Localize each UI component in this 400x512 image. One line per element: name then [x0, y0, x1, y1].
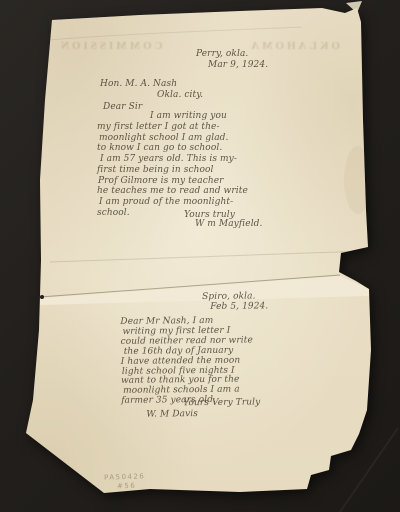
handwritten-line: I am 57 years old. This is my- — [100, 154, 248, 165]
letter-top-place: Perry, okla. — [196, 49, 248, 59]
letter-top-addressee: Hon. M. A. Nash — [100, 79, 177, 89]
letter-bottom: Spiro, okla. Feb 5, 1924. Dear Mr Nash, … — [0, 0, 400, 2]
letter-top-signature: W m Mayfield. — [195, 219, 263, 229]
handwritten-line: moonlight school I am glad. — [99, 133, 248, 144]
handwritten-line: to know I can go to school. — [97, 143, 248, 154]
letter-bottom-place: Spiro, okla. — [202, 291, 256, 302]
bleedthrough-word-commission: COMMISSION — [58, 40, 163, 52]
letter-top-salutation: Dear Sir — [103, 102, 142, 112]
letter-bottom-closing: Yours Very Truly — [183, 397, 260, 408]
letter-top-date: Mar 9, 1924. — [208, 60, 268, 70]
handwritten-line: first time being in school — [97, 165, 248, 176]
paper-shadow-wrap: OKLAHOMA COMMISSION Perry, okla. Mar 9, … — [0, 0, 400, 512]
pencil-archive-code: PA50426 — [104, 472, 146, 481]
letter-bottom-signature: W. M Davis — [146, 409, 198, 420]
photo-background: OKLAHOMA COMMISSION Perry, okla. Mar 9, … — [0, 0, 400, 512]
fold-crease-line — [50, 251, 366, 262]
letter-bottom-body: Dear Mr Nash, I amwriting my first lette… — [120, 316, 253, 407]
handwritten-line: I am proud of the moonlight- — [99, 197, 248, 208]
tear-fleck — [40, 295, 44, 299]
letter-top-addressee-city: Okla. city. — [157, 90, 203, 100]
letter-top-body: my first letter I got at the-moonlight s… — [97, 122, 248, 218]
letter-top-opening-line: I am writing you — [150, 111, 227, 121]
pencil-archive-number: #56 — [117, 482, 137, 491]
letter-bottom-date: Feb 5, 1924. — [210, 301, 268, 312]
handwritten-line: Prof Gilmore is my teacher — [98, 176, 248, 187]
tear-line — [40, 275, 340, 297]
paper-damage-detail — [0, 0, 400, 512]
bleedthrough-word-oklahoma: OKLAHOMA — [248, 40, 340, 52]
letter-page: OKLAHOMA COMMISSION Perry, okla. Mar 9, … — [0, 0, 400, 512]
stain-mark — [344, 146, 372, 214]
handwritten-line: he teaches me to read and write — [97, 186, 248, 197]
handwritten-line: my first letter I got at the- — [97, 122, 248, 133]
top-crease-line — [48, 27, 302, 40]
